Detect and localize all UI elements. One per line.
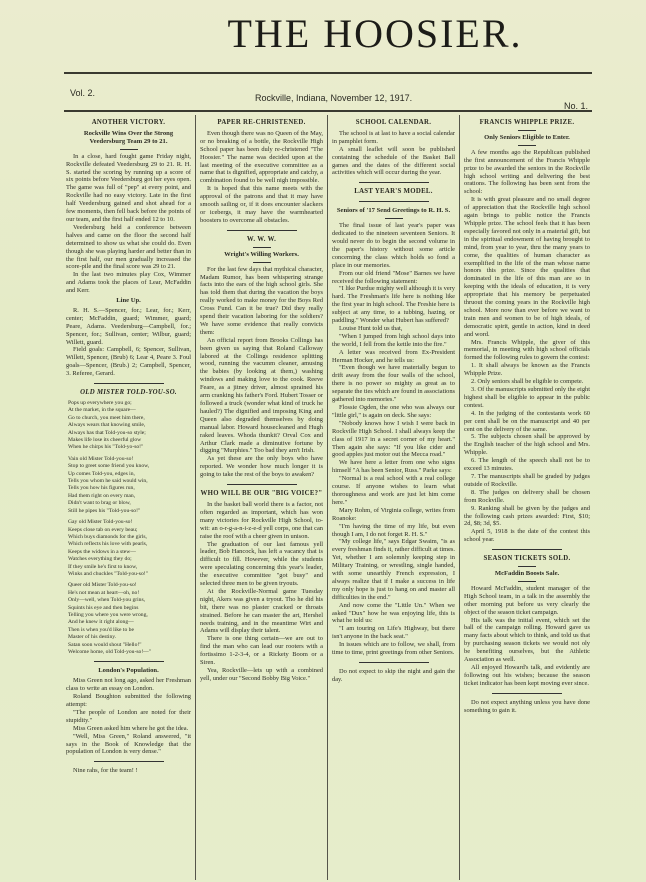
paragraph: A small leaflet will soon be published c… — [332, 146, 455, 178]
paragraph: Yea, Rockville—lets up with a combined y… — [200, 667, 323, 683]
column-3: SCHOOL CALENDAR. The school is at last t… — [327, 115, 459, 880]
paragraph: Miss Green not long ago, asked her Fresh… — [66, 677, 191, 693]
paragraph: "The people of London are noted for thei… — [66, 709, 191, 725]
rule-item: 9. Ranking shall be given by the judges … — [464, 505, 590, 529]
paragraph: For the last few days that mythical char… — [200, 266, 323, 337]
paragraph: Flossie Ogden, the one who was always ou… — [332, 404, 455, 420]
paragraph: His talk was the initial event, which se… — [464, 617, 590, 664]
paragraph: In the basket ball world there is a fact… — [200, 501, 323, 541]
divider — [120, 149, 138, 150]
paragraph: The final issue of last year's paper was… — [332, 222, 455, 269]
paragraph: "I am touring on Life's Highway, but the… — [332, 625, 455, 641]
paragraph: "I'm having the time of my life, but eve… — [332, 523, 455, 539]
poem-stanza-1: Pops up everywhere you go;At the market,… — [68, 400, 191, 452]
paragraph: There is one thing certain—we are out to… — [200, 635, 323, 667]
paragraph: As yet these are the only boys who have … — [200, 455, 323, 479]
headline-season-tickets: SEASON TICKETS SOLD. — [464, 555, 590, 563]
subhead-seniors-greetings: Seniors of '17 Send Greetings to R. H. S… — [332, 207, 455, 215]
divider — [492, 549, 562, 550]
volume-label: Vol. 2. — [70, 88, 95, 98]
rule-item: 6. The length of the speech shall not be… — [464, 457, 590, 473]
columns: ANOTHER VICTORY. Rockville Wins Over the… — [62, 115, 594, 880]
newspaper-page: THE HOOSIER. Vol. 2. Rockville, Indiana,… — [0, 0, 646, 882]
rule-item: 8. The judges on delivery shall be chose… — [464, 489, 590, 505]
divider — [227, 484, 297, 485]
headline-big-voice: WHO WILL BE OUR "BIG VOICE?" — [200, 490, 323, 498]
divider — [359, 201, 429, 202]
paragraph: Miss Green asked him where he got the id… — [66, 725, 191, 733]
divider — [94, 661, 164, 662]
paragraph: A few months ago the Republican publishe… — [464, 149, 590, 196]
paragraph: It is with great pleasure and no small d… — [464, 196, 590, 338]
masthead-rule-top — [64, 72, 592, 74]
headline-francis-whipple-prize: FRANCIS WHIPPLE PRIZE. — [464, 119, 590, 127]
column-4: FRANCIS WHIPPLE PRIZE. Only Seniors Elig… — [459, 115, 594, 880]
paragraph: "Nobody knows how I wish I were back in … — [332, 420, 455, 460]
divider — [359, 662, 429, 663]
filler-text: Do not expect to skip the night and gain… — [332, 668, 455, 684]
paragraph: Mrs. Francis Whipple, the giver of this … — [464, 339, 590, 363]
paragraph: "Even though we have materially begun to… — [332, 364, 455, 404]
paragraph: "I like Purdue mighty well although it i… — [332, 285, 455, 325]
paragraph: Veedersburg held a conference between ha… — [66, 224, 191, 271]
dateline: Vol. 2. Rockville, Indiana, November 12,… — [70, 80, 588, 106]
lineup-heading: Line Up. — [66, 297, 191, 305]
paragraph: An official report from Brooks Collings … — [200, 337, 323, 456]
filler-text: Do not expect anything unless you have d… — [464, 699, 590, 715]
subhead-mcfaddin: McFaddin Boosts Sale. — [464, 570, 590, 578]
place-date: Rockville, Indiana, November 12, 1917. — [255, 93, 412, 103]
paragraph: And now come the "Little Un." When we as… — [332, 602, 455, 626]
column-1: ANOTHER VICTORY. Rockville Wins Over the… — [62, 115, 195, 880]
filler-text: Nine rahs, for the team! ! — [66, 767, 191, 775]
poem-stanza-4: Queer old Mister Told-you-so!He's not me… — [68, 582, 191, 656]
paragraph: "When I jumped from high school days int… — [332, 333, 455, 349]
masthead-rule-bottom — [64, 110, 592, 112]
paragraph: April 5, 1918 is the date of the contest… — [464, 528, 590, 544]
poem-stanza-3: Gay old Mister Told-you-so!Keeps close t… — [68, 519, 191, 578]
divider — [518, 581, 536, 582]
rule-item: 7. The manuscripts shall be graded by ju… — [464, 473, 590, 489]
london-heading: London's Population. — [66, 667, 191, 675]
paragraph: At the Rockville-Normal game Tuesday nig… — [200, 588, 323, 635]
poem-stanza-2: Vain old Mister Told-you-so!Stop to gree… — [68, 456, 191, 515]
headline-another-victory: ANOTHER VICTORY. — [66, 119, 191, 127]
divider — [492, 693, 562, 694]
paragraph: R. H. S.—Spencer, for.; Lear, for.; Kerr… — [66, 307, 191, 347]
paragraph: The graduation of our last famous yell l… — [200, 541, 323, 588]
rule-item: 4. In the judging of the contestants wor… — [464, 410, 590, 434]
rule-item: 5. The subjects chosen shall be approved… — [464, 433, 590, 457]
paragraph: Louise Hunt told us that, — [332, 325, 455, 333]
divider — [227, 230, 297, 231]
paragraph: In the last two minutes play Cox, Wimmer… — [66, 271, 191, 295]
masthead-title: THE HOOSIER. — [150, 8, 600, 60]
subhead-only-seniors: Only Seniors Eligible to Enter. — [464, 134, 590, 142]
rule-item: 2. Only seniors shall be eligible to com… — [464, 378, 590, 386]
divider — [253, 262, 271, 263]
paragraph: "Well, Miss Green," Roland answered, "it… — [66, 733, 191, 757]
paragraph: All enjoyed Howard's talk, and evidently… — [464, 664, 590, 688]
divider — [359, 182, 429, 183]
divider — [385, 218, 403, 219]
column-2: PAPER RE-CHRISTENED. Even though there w… — [195, 115, 327, 880]
headline-last-years-model: LAST YEAR'S MODEL. — [332, 188, 455, 196]
paragraph: Field goals: Campbell, 6; Spencer, Sulli… — [66, 346, 191, 378]
paragraph: "My college life," says Edgar Swaim, "is… — [332, 538, 455, 601]
divider — [518, 145, 536, 146]
headline-school-calendar: SCHOOL CALENDAR. — [332, 119, 455, 127]
divider — [94, 761, 164, 762]
headline-www: W. W. W. — [200, 236, 323, 244]
headline-paper-rechristened: PAPER RE-CHRISTENED. — [200, 119, 323, 127]
divider — [253, 247, 271, 248]
rule-item: 3. Of the manuscripts submitted only the… — [464, 386, 590, 410]
paragraph: Even though there was no Queen of the Ma… — [200, 130, 323, 185]
paragraph: Howard McFaddin, student manager of the … — [464, 585, 590, 617]
paragraph: From our old friend "Mose" Barnes we hav… — [332, 270, 455, 286]
subhead-willing-workers: Wright's Willing Workers. — [200, 251, 323, 259]
divider — [518, 130, 536, 131]
paragraph: In a close, hard fought game Friday nigh… — [66, 153, 191, 224]
subhead-rockville-wins: Rockville Wins Over the Strong Veedersbu… — [66, 130, 191, 146]
divider — [518, 566, 536, 567]
paragraph: We have here a letter from one who signs… — [332, 459, 455, 475]
paragraph: In issues which are to follow, we shall,… — [332, 641, 455, 657]
rule-item: 1. It shall always be known as the Franc… — [464, 362, 590, 378]
paragraph: "Normal is a real school with a real col… — [332, 475, 455, 507]
paragraph: Mary Rohm, of Virginia college, writes f… — [332, 507, 455, 523]
poem-title: OLD MISTER TOLD-YOU-SO. — [66, 389, 191, 397]
paragraph: A letter was received from Ex-President … — [332, 349, 455, 365]
paragraph: The school is at last to have a social c… — [332, 130, 455, 146]
paragraph: It is hoped that this name meets with th… — [200, 185, 323, 225]
paragraph: Roland Boughton submitted the following … — [66, 693, 191, 709]
divider — [94, 383, 164, 384]
